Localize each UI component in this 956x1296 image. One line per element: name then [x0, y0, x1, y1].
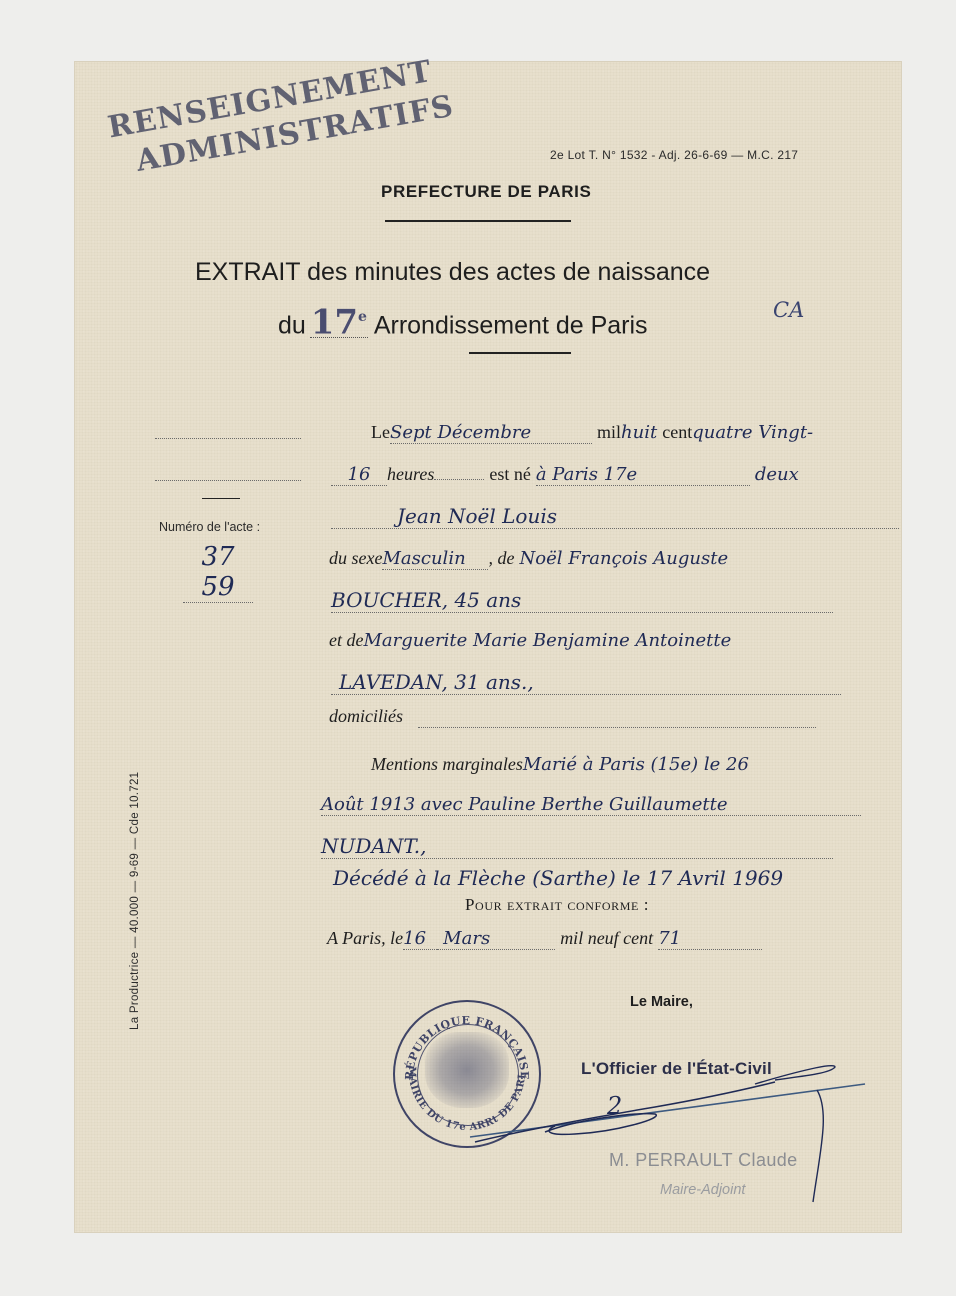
body-line-mentions: Mentions marginalesMarié à Paris (15e) l… — [371, 754, 749, 775]
seal-top-text: RÉPUBLIQUE FRANÇAISE — [403, 1014, 532, 1080]
side-short-rule — [202, 498, 240, 499]
mother-surname-age: LAVEDAN, 31 ans., — [331, 670, 841, 695]
act-number-value: 37 59 — [183, 542, 253, 603]
father-surname-age: BOUCHER, 45 ans — [331, 588, 833, 613]
le-maire-label: Le Maire, — [630, 994, 693, 1010]
prefecture-heading: PREFECTURE DE PARIS — [381, 182, 591, 202]
admin-stamp: RENSEIGNEMENT ADMINISTRATIFS — [105, 50, 457, 185]
body-line-mother-surname: LAVEDAN, 31 ans., — [331, 670, 841, 695]
act-number-label: Numéro de l'acte : — [159, 520, 260, 534]
body-line-mother: et deMarguerite Marie Benjamine Antoinet… — [329, 630, 731, 651]
title-extrait: EXTRAIT — [195, 258, 300, 286]
arrondissement-rest: Arrondissement de Paris — [374, 311, 648, 339]
body-line-mention-2: Août 1913 avec Pauline Berthe Guillaumet… — [321, 794, 861, 816]
officier-etat-civil-label: L'Officier de l'État-Civil — [581, 1059, 772, 1079]
lot-reference: 2e Lot T. N° 1532 - Adj. 26-6-69 — M.C. … — [550, 148, 798, 162]
mention-line-2: Août 1913 avec Pauline Berthe Guillaumet… — [321, 794, 861, 816]
birth-hour: 16 — [331, 464, 387, 486]
birth-year-words: quatre Vingt- — [692, 422, 813, 443]
document-title: EXTRAIT des minutes des actes de naissan… — [195, 258, 710, 287]
closing-year: 71 — [658, 928, 762, 950]
pour-extrait-conforme: Pour extrait conforme : — [465, 895, 649, 915]
child-name: Jean Noël Louis — [331, 504, 899, 529]
arrondissement-line: du17eArrondissement de Paris — [278, 302, 648, 340]
title-divider — [469, 352, 571, 354]
title-rest: des minutes des actes de naissance — [300, 258, 710, 286]
signatory-name: M. PERRAULT Claude — [609, 1150, 798, 1171]
margin-mark: CA — [773, 298, 804, 322]
svg-text:MAIRIE DU 17e ARRt DE PARIS: MAIRIE DU 17e ARRt DE PARIS — [395, 1002, 528, 1133]
initial-mark: 2 — [607, 1092, 622, 1120]
certificate-sheet: RENSEIGNEMENT ADMINISTRATIFS 2e Lot T. N… — [75, 62, 901, 1232]
mention-line-1: Marié à Paris (15e) le 26 — [523, 754, 749, 775]
printer-imprint: La Productrice — 40.000 — 9-69 — Cde 10.… — [129, 772, 141, 1030]
body-line-father-surname: BOUCHER, 45 ans — [331, 588, 833, 613]
signatory-title: Maire-Adjoint — [660, 1182, 745, 1198]
body-line-hour: 16heures est né à Paris 17e deux — [331, 464, 799, 486]
seal-bottom-text: MAIRIE DU 17e ARRt DE PARIS — [395, 1002, 528, 1133]
father-given-names: Noël François Auguste — [520, 548, 729, 569]
birth-year-century: huit — [621, 422, 657, 443]
sex-value: Masculin — [382, 548, 488, 570]
arrondissement-stamp: 17e — [310, 302, 368, 338]
mention-line-3: NUDANT., — [321, 834, 833, 859]
arrondissement-prefix: du — [278, 311, 306, 339]
birth-place: à Paris 17e — [536, 464, 750, 486]
hour-continuation: deux — [755, 464, 799, 485]
domicile-field — [418, 706, 816, 728]
side-dotted-line-2 — [155, 480, 301, 481]
birth-day-month: Sept Décembre — [390, 422, 592, 444]
closing-date-line: A Paris, le16Mars mil neuf cent 71 — [327, 928, 762, 950]
svg-text:RÉPUBLIQUE FRANÇAISE: RÉPUBLIQUE FRANÇAISE — [403, 1014, 532, 1080]
mention-line-4: Décédé à la Flèche (Sarthe) le 17 Avril … — [333, 866, 783, 890]
closing-month: Mars — [437, 928, 555, 950]
seal-text-ring: RÉPUBLIQUE FRANÇAISE MAIRIE DU 17e ARRt … — [395, 1002, 539, 1146]
mairie-seal: RÉPUBLIQUE FRANÇAISE MAIRIE DU 17e ARRt … — [393, 1000, 541, 1148]
side-dotted-line-1 — [155, 438, 301, 439]
body-line-child-name: Jean Noël Louis — [331, 504, 899, 529]
body-line-mention-4: Décédé à la Flèche (Sarthe) le 17 Avril … — [333, 866, 783, 890]
body-line-date: LeSept Décembre milhuit centquatre Vingt… — [371, 422, 813, 444]
mother-given-names: Marguerite Marie Benjamine Antoinette — [363, 630, 731, 651]
closing-day: 16 — [403, 928, 437, 950]
body-line-domicile: domiciliés — [329, 706, 816, 728]
body-line-mention-3: NUDANT., — [321, 834, 833, 859]
heading-divider — [385, 220, 571, 222]
body-line-sex-father: du sexeMasculin, de Noël François August… — [329, 548, 728, 570]
